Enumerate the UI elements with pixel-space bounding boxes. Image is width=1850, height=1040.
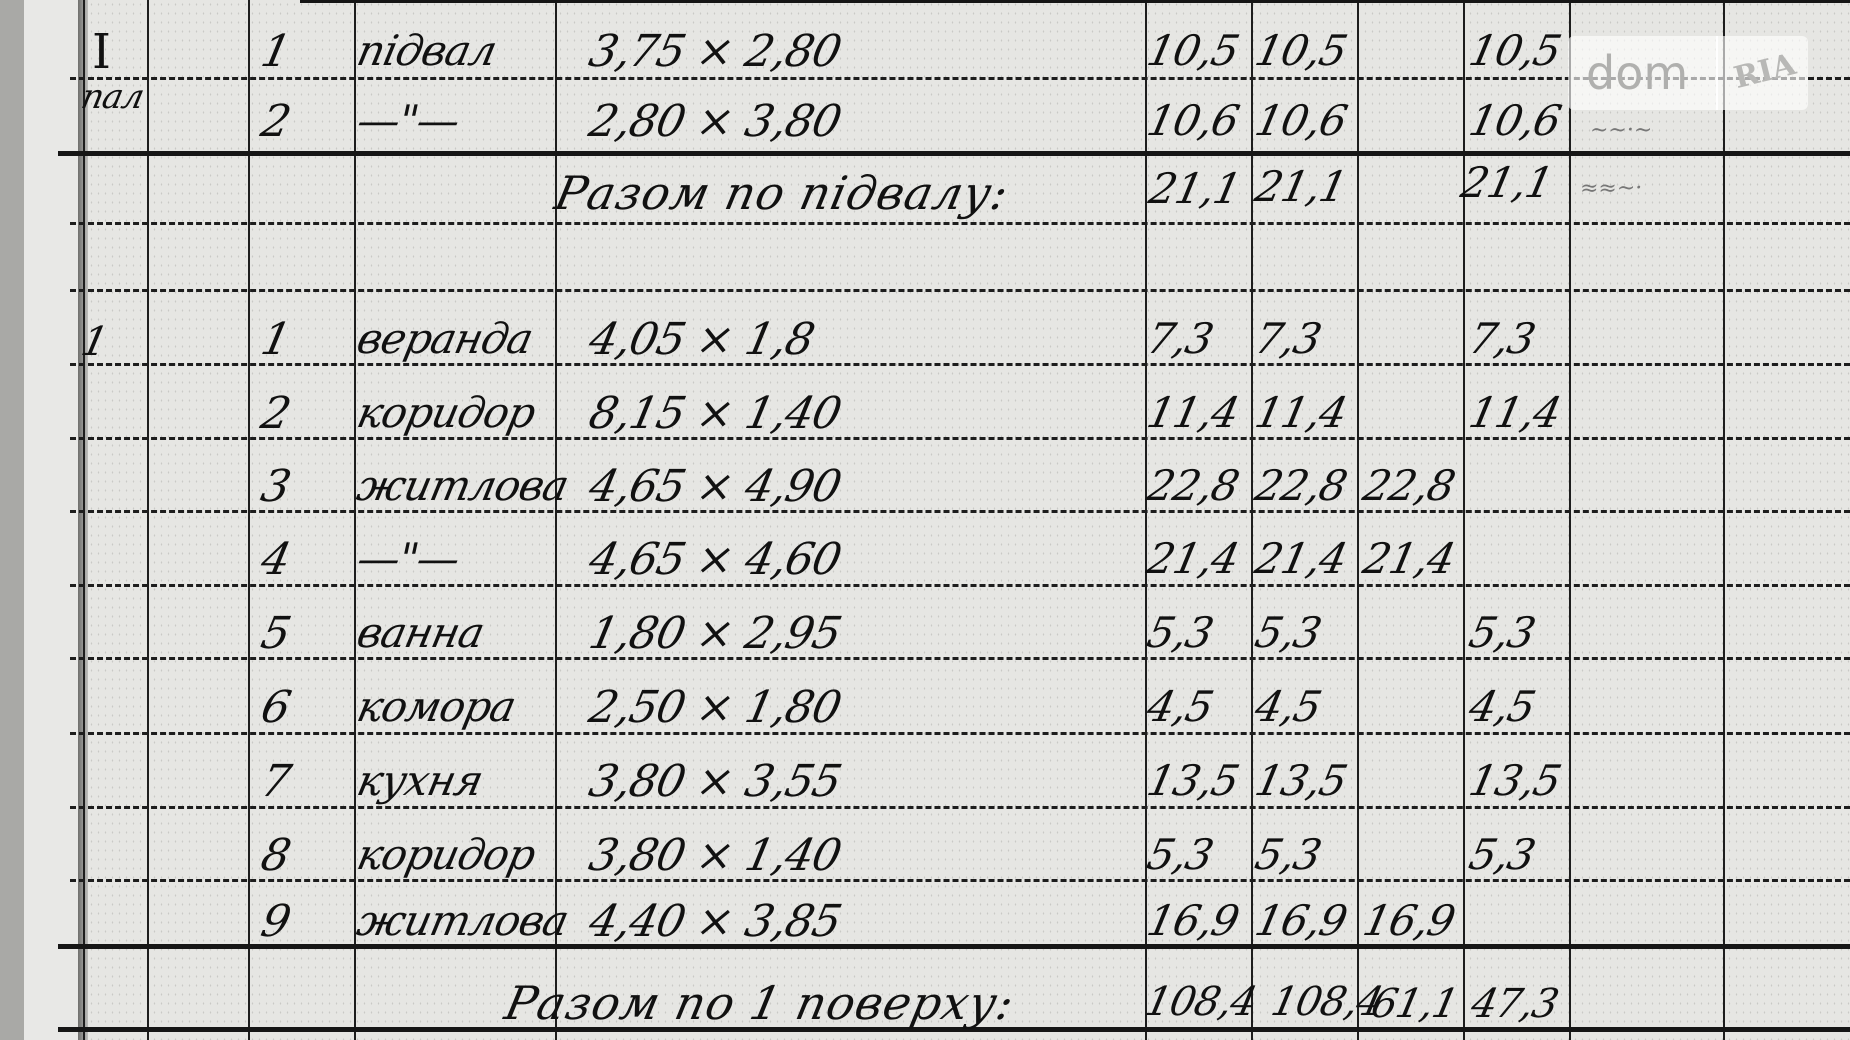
- row-line: [70, 437, 1850, 440]
- cell-total: 11,4: [1144, 392, 1242, 434]
- subtotal-basement-total: 21,1: [1146, 168, 1244, 210]
- column-line: [248, 0, 250, 1040]
- cell-auxiliary: 5,3: [1466, 612, 1539, 654]
- subtotal-first-auxiliary: 47,3: [1468, 984, 1562, 1024]
- subtotal-label-first-floor: Разом по 1 поверху:: [501, 980, 1018, 1026]
- cell-col2: 13,5: [1252, 760, 1350, 802]
- cell-name: коридор: [354, 834, 539, 876]
- row-line: [70, 584, 1850, 587]
- section-divider: [300, 0, 1850, 3]
- cell-col2: 7,3: [1252, 318, 1325, 360]
- cell-name: веранда: [354, 318, 536, 360]
- column-line: [147, 0, 149, 1040]
- cell-name: підвал: [354, 30, 500, 72]
- cell-name: коридор: [354, 392, 539, 434]
- column-line: [1251, 0, 1253, 1040]
- cell-auxiliary: 4,5: [1466, 686, 1539, 728]
- cell-dimensions: 3,80 × 3,55: [585, 760, 844, 804]
- cell-dimensions: 8,15 × 1,40: [585, 392, 844, 436]
- cell-col2: 5,3: [1252, 834, 1325, 876]
- cell-dimensions: 3,75 × 2,80: [585, 30, 844, 74]
- row-line: [70, 289, 1850, 292]
- page-margin: [24, 0, 82, 1040]
- subtotal-first-col2: 108,4: [1268, 982, 1386, 1022]
- cell-total: 10,5: [1144, 30, 1242, 72]
- cell-auxiliary: 10,6: [1466, 100, 1564, 142]
- cell-dimensions: 4,65 × 4,60: [585, 538, 844, 582]
- floor-sublabel-basement: пал: [78, 80, 146, 114]
- subtotal-first-living: 61,1: [1368, 984, 1462, 1024]
- scanner-edge: [0, 0, 24, 1040]
- cell-total: 7,3: [1144, 318, 1217, 360]
- cell-name: —"—: [354, 538, 463, 580]
- cell-col2: 21,4: [1252, 538, 1350, 580]
- cell-name: житлова: [354, 465, 572, 507]
- column-line: [555, 0, 557, 1040]
- watermark-dom-text: dom: [1568, 46, 1716, 100]
- cell-total: 22,8: [1144, 465, 1242, 507]
- cell-total: 5,3: [1144, 612, 1217, 654]
- subtotal-basement-col2: 21,1: [1252, 166, 1350, 208]
- row-line: [70, 732, 1850, 735]
- cell-auxiliary: 13,5: [1466, 760, 1564, 802]
- cell-dimensions: 1,80 × 2,95: [585, 612, 844, 656]
- cell-dimensions: 4,05 × 1,8: [585, 318, 817, 362]
- cell-col2: 11,4: [1252, 392, 1350, 434]
- column-line: [354, 0, 356, 1040]
- erased-mark: ~~·~: [1590, 118, 1652, 143]
- cell-total: 10,6: [1144, 100, 1242, 142]
- cell-living: 16,9: [1360, 900, 1458, 942]
- section-divider: [58, 151, 1850, 156]
- cell-auxiliary: 11,4: [1466, 392, 1564, 434]
- cell-col2: 22,8: [1252, 465, 1350, 507]
- document-sheet: [88, 0, 1850, 1040]
- cell-col2: 5,3: [1252, 612, 1325, 654]
- subtotal-first-total: 108,4: [1142, 982, 1260, 1022]
- cell-total: 5,3: [1144, 834, 1217, 876]
- floor-label-basement: I: [92, 28, 110, 76]
- cell-total: 21,4: [1144, 538, 1242, 580]
- cell-auxiliary: 10,5: [1466, 30, 1564, 72]
- cell-dimensions: 2,80 × 3,80: [585, 100, 844, 144]
- cell-total: 4,5: [1144, 686, 1217, 728]
- column-line: [1357, 0, 1359, 1040]
- cell-total: 13,5: [1144, 760, 1242, 802]
- cell-living: 21,4: [1360, 538, 1458, 580]
- watermark-ria-logo: RIA: [1715, 47, 1799, 100]
- cell-col2: 16,9: [1252, 900, 1350, 942]
- cell-dimensions: 4,40 × 3,85: [585, 900, 844, 944]
- row-line: [70, 879, 1850, 882]
- cell-total: 16,9: [1144, 900, 1242, 942]
- row-line: [70, 657, 1850, 660]
- cell-name: ванна: [354, 612, 488, 654]
- cell-dimensions: 3,80 × 1,40: [585, 834, 844, 878]
- cell-name: житлова: [354, 900, 572, 942]
- cell-name: —"—: [354, 100, 463, 142]
- subtotal-basement-auxiliary: 21,1: [1458, 162, 1556, 204]
- watermark: dom RIA: [1568, 36, 1808, 110]
- column-line: [1463, 0, 1465, 1040]
- cell-col2: 4,5: [1252, 686, 1325, 728]
- cell-col2: 10,6: [1252, 100, 1350, 142]
- row-line: [70, 222, 1850, 225]
- column-line: [83, 0, 85, 1040]
- cell-living: 22,8: [1360, 465, 1458, 507]
- cell-dimensions: 4,65 × 4,90: [585, 465, 844, 509]
- cell-name: кухня: [354, 760, 487, 802]
- cell-auxiliary: 7,3: [1466, 318, 1539, 360]
- cell-auxiliary: 5,3: [1466, 834, 1539, 876]
- subtotal-label-basement: Разом по підвалу:: [551, 170, 1013, 216]
- section-divider: [58, 944, 1850, 949]
- row-line: [70, 363, 1850, 366]
- column-line: [1569, 0, 1571, 1040]
- column-line: [1723, 0, 1725, 1040]
- cell-dimensions: 2,50 × 1,80: [585, 686, 844, 730]
- column-line: [1145, 0, 1147, 1040]
- row-line: [70, 510, 1850, 513]
- cell-name: комора: [354, 686, 519, 728]
- row-line: [70, 806, 1850, 809]
- cell-col2: 10,5: [1252, 30, 1350, 72]
- erased-mark: ≈≈~·: [1580, 176, 1642, 201]
